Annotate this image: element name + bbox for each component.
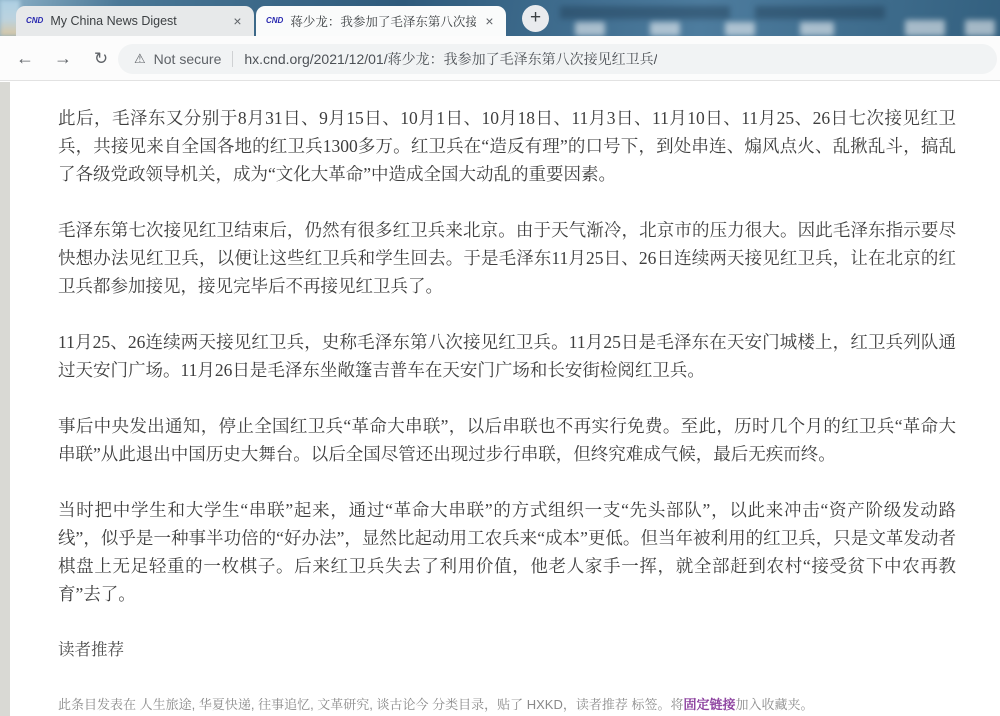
category-links[interactable]: 人生旅途, 华夏快递, 往事追忆, 文革研究, 谈古论今 分类目录 <box>140 697 485 712</box>
article-paragraph: 11月25、26连续两天接见红卫兵，史称毛泽东第八次接见红卫兵。11月25日是毛… <box>58 328 956 384</box>
not-secure-label[interactable]: Not secure <box>154 51 222 67</box>
blur-block <box>965 20 995 36</box>
entry-meta: 此条目发表在 人生旅途, 华夏快递, 往事追忆, 文革研究, 谈古论今 分类目录… <box>58 696 956 714</box>
blur-block <box>755 6 885 19</box>
blur-block <box>575 22 605 36</box>
page-left-margin <box>0 82 10 716</box>
cnd-favicon: CND <box>266 17 283 25</box>
blur-block <box>560 6 730 19</box>
page-content: 此后，毛泽东又分别于8月31日、9月15日、10月1日、10月18日、11月3日… <box>0 82 1000 716</box>
article-paragraph: 当时把中学生和大学生“串联”起来，通过“革命大串联”的方式组织一支“先头部队”，… <box>58 496 956 608</box>
cnd-favicon: CND <box>26 17 43 25</box>
blur-block <box>905 20 945 36</box>
article-paragraph: 毛泽东第七次接见红卫结束后，仍然有很多红卫兵来北京。由于天气渐冷，北京市的压力很… <box>58 216 956 300</box>
section-heading-reader-recommend: 读者推荐 <box>58 636 956 664</box>
blur-block <box>650 22 680 36</box>
permalink-link[interactable]: 固定链接 <box>683 697 735 712</box>
tab-title: My China News Digest <box>50 14 224 28</box>
article-paragraph: 事后中央发出通知，停止全国红卫兵“革命大串联”，以后串联也不再实行免费。至此，历… <box>58 412 956 468</box>
close-icon[interactable]: × <box>229 13 246 30</box>
tab-strip: CND My China News Digest × CND 蒋少龙：我参加了毛… <box>0 0 1000 36</box>
new-tab-button[interactable]: + <box>522 5 549 32</box>
close-icon[interactable]: × <box>481 13 498 30</box>
article-paragraph: 此后，毛泽东又分别于8月31日、9月15日、10月1日、10月18日、11月3日… <box>58 104 956 188</box>
meta-text: 加入收藏夹。 <box>736 697 814 712</box>
not-secure-warning-icon: ⚠ <box>134 51 146 67</box>
meta-text: ，贴了 HXKD，读者推荐 标签。将 <box>484 697 683 712</box>
reload-icon[interactable]: ↻ <box>88 46 114 72</box>
meta-text: 此条目发表在 <box>58 697 140 712</box>
url-text[interactable]: hx.cnd.org/2021/12/01/蒋少龙：我参加了毛泽东第八次接见红卫… <box>244 49 657 69</box>
back-icon[interactable]: ← <box>12 46 38 72</box>
tab-article-active[interactable]: CND 蒋少龙：我参加了毛泽东第八次接 × <box>256 6 506 36</box>
tab-my-china-news-digest[interactable]: CND My China News Digest × <box>16 6 254 36</box>
browser-toolbar: ← → ↻ ⚠ Not secure hx.cnd.org/2021/12/01… <box>0 36 1000 81</box>
address-bar[interactable]: ⚠ Not secure hx.cnd.org/2021/12/01/蒋少龙：我… <box>118 44 997 74</box>
tab-title: 蒋少龙：我参加了毛泽东第八次接 <box>290 12 476 30</box>
blur-block <box>725 22 755 36</box>
blur-block <box>800 22 834 36</box>
forward-icon[interactable]: → <box>50 46 76 72</box>
address-separator <box>232 51 233 67</box>
article-body: 此后，毛泽东又分别于8月31日、9月15日、10月1日、10月18日、11月3日… <box>0 82 1000 714</box>
